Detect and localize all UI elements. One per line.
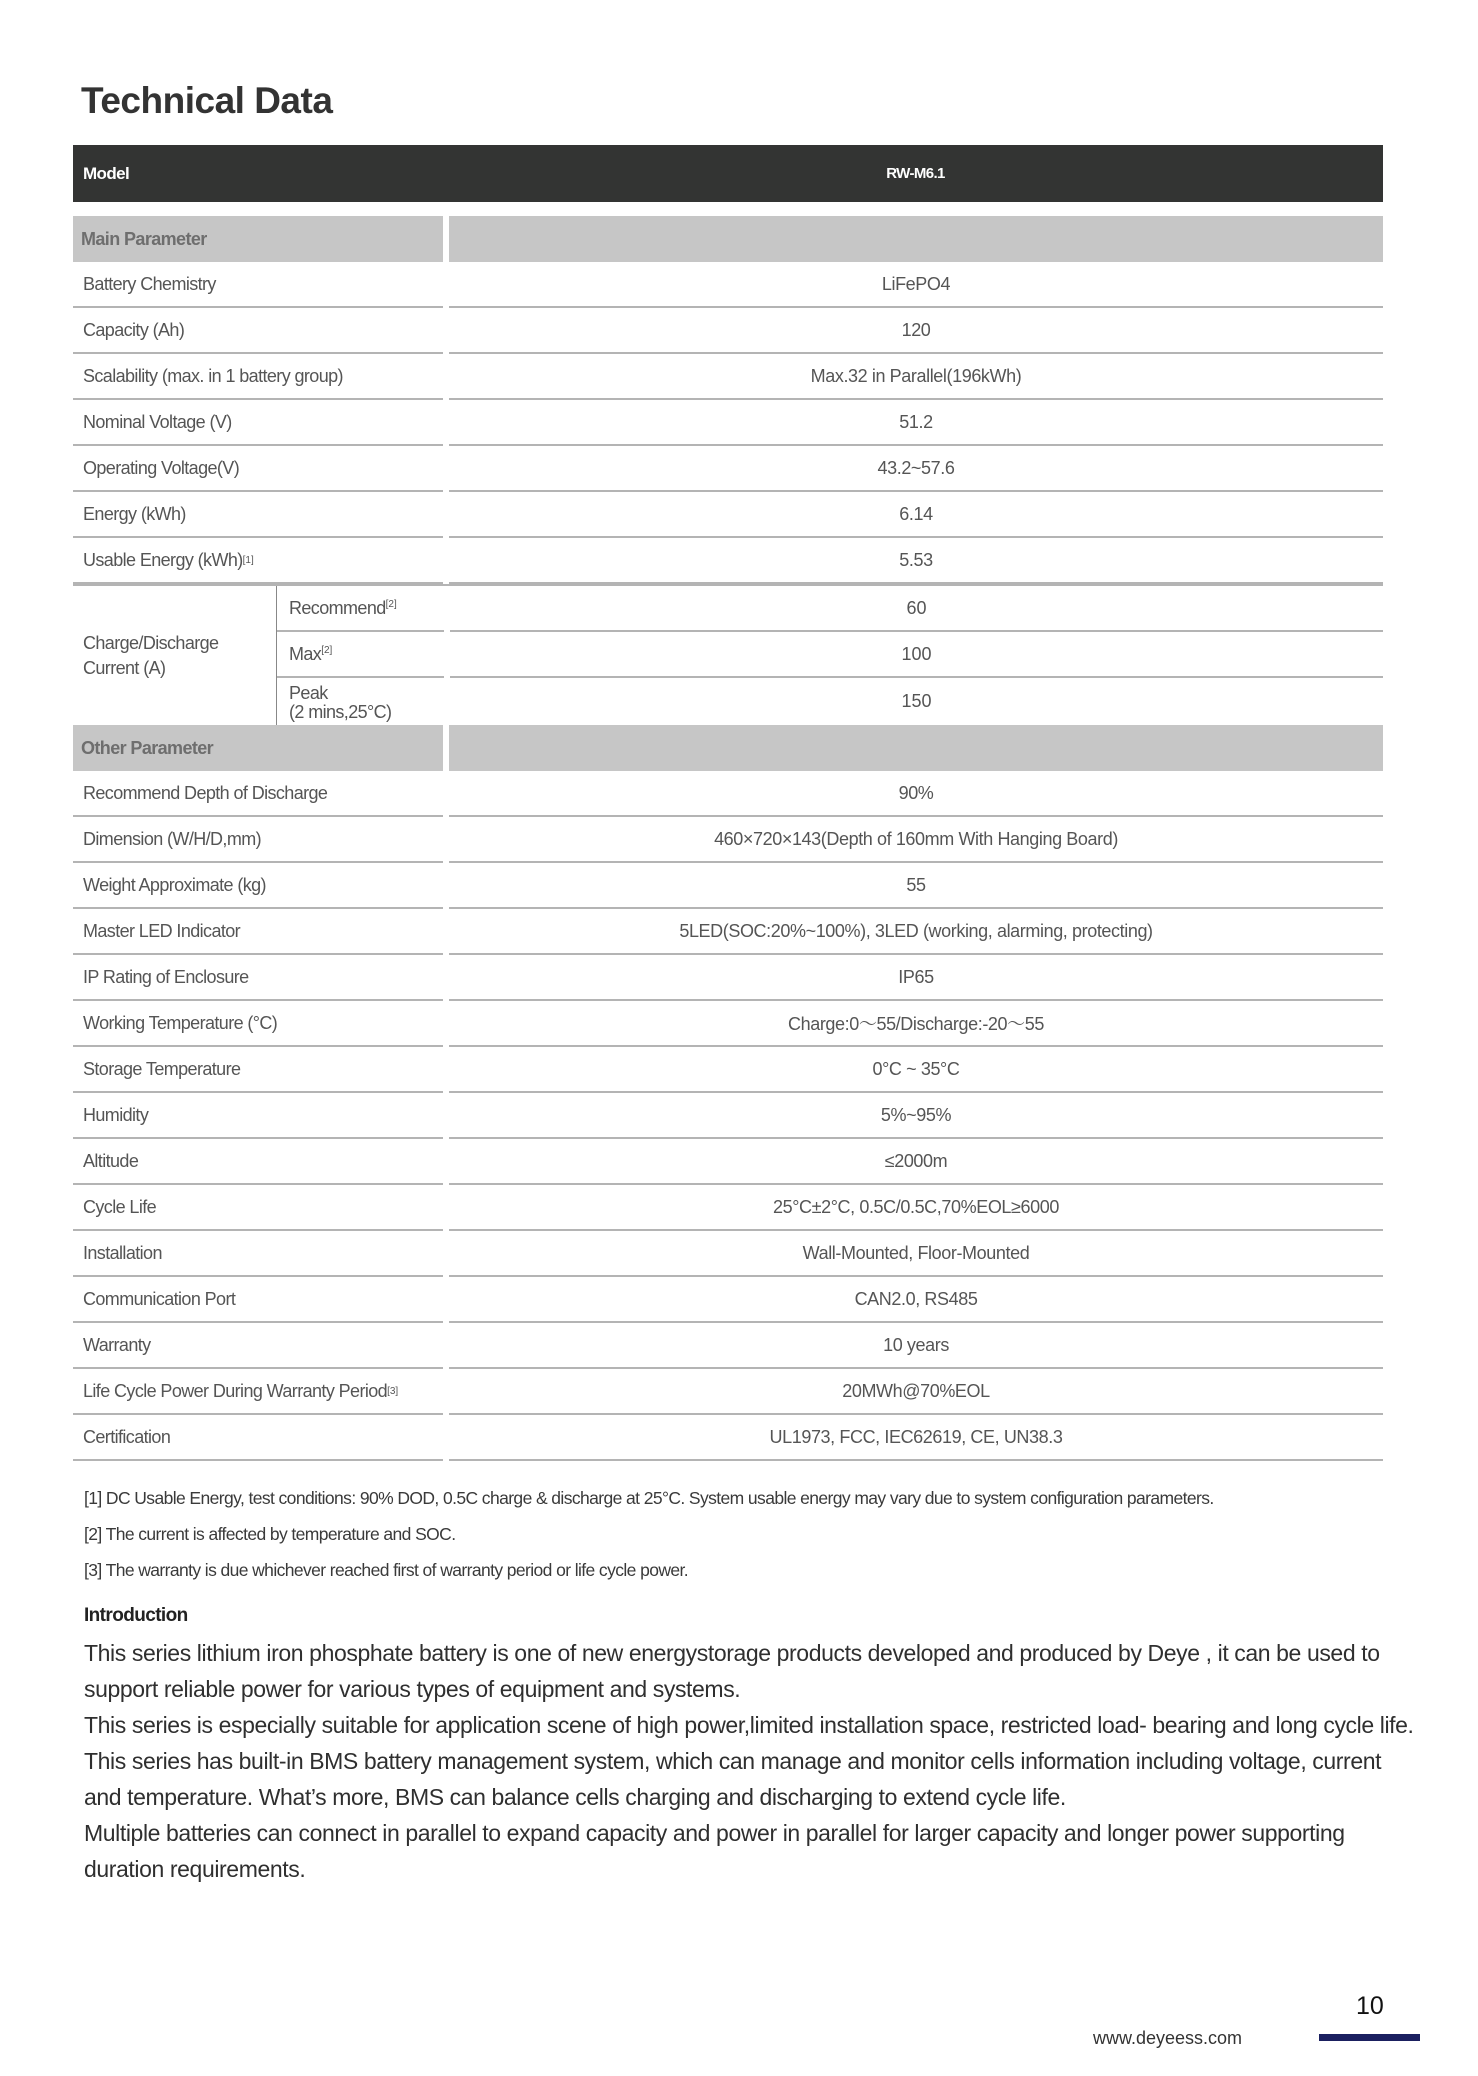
row-value: 43.2~57.6 bbox=[449, 446, 1383, 492]
row-label-text: Scalability (max. in 1 battery group) bbox=[83, 366, 343, 387]
intro-paragraph: This series has built-in BMS battery man… bbox=[84, 1743, 1414, 1815]
row-label-text: Battery Chemistry bbox=[83, 274, 216, 295]
row-label: Certification bbox=[73, 1415, 443, 1461]
row-value: UL1973, FCC, IEC62619, CE, UN38.3 bbox=[449, 1415, 1383, 1461]
row-value: 5LED(SOC:20%~100%), 3LED (working, alarm… bbox=[449, 909, 1383, 955]
row-label-text: Installation bbox=[83, 1243, 162, 1264]
footnote-ref: [3] bbox=[387, 1386, 398, 1397]
row-label: Life Cycle Power During Warranty Period[… bbox=[73, 1369, 443, 1415]
row-label: IP Rating of Enclosure bbox=[73, 955, 443, 1001]
footnote: [2] The current is affected by temperatu… bbox=[84, 1524, 1214, 1560]
table-row: Humidity5%~95% bbox=[73, 1093, 1383, 1139]
row-label: Operating Voltage(V) bbox=[73, 446, 443, 492]
row-label: Energy (kWh) bbox=[73, 492, 443, 538]
table-row: IP Rating of EnclosureIP65 bbox=[73, 955, 1383, 1001]
row-label: Communication Port bbox=[73, 1277, 443, 1323]
footnotes: [1] DC Usable Energy, test conditions: 9… bbox=[84, 1488, 1214, 1596]
page-number: 10 bbox=[1356, 1992, 1384, 2021]
row-label: Cycle Life bbox=[73, 1185, 443, 1231]
row-value: 20MWh@70%EOL bbox=[449, 1369, 1383, 1415]
row-value: 5%~95% bbox=[449, 1093, 1383, 1139]
charge-discharge-sub-label: Recommend[2] bbox=[277, 586, 444, 632]
technical-data-table: Model RW-M6.1 Main Parameter Battery Che… bbox=[73, 145, 1383, 1461]
intro-paragraph: This series lithium iron phosphate batte… bbox=[84, 1635, 1414, 1707]
row-label: Capacity (Ah) bbox=[73, 308, 443, 354]
row-label-text: Recommend Depth of Discharge bbox=[83, 783, 327, 804]
intro-paragraph: This series is especially suitable for a… bbox=[84, 1707, 1414, 1743]
footnote: [1] DC Usable Energy, test conditions: 9… bbox=[84, 1488, 1214, 1524]
table-row: Scalability (max. in 1 battery group)Max… bbox=[73, 354, 1383, 400]
charge-discharge-value: 60 bbox=[450, 586, 1383, 632]
row-label-text: Communication Port bbox=[83, 1289, 235, 1310]
row-label-text: Capacity (Ah) bbox=[83, 320, 184, 341]
table-row: Capacity (Ah)120 bbox=[73, 308, 1383, 354]
row-value: 10 years bbox=[449, 1323, 1383, 1369]
section-title: Main Parameter bbox=[73, 216, 443, 262]
row-label-text: Cycle Life bbox=[83, 1197, 156, 1218]
charge-discharge-value: 150 bbox=[450, 678, 1383, 724]
row-value: 25°C±2°C, 0.5C/0.5C,70%EOL≥6000 bbox=[449, 1185, 1383, 1231]
row-label: Master LED Indicator bbox=[73, 909, 443, 955]
introduction-section: Introduction This series lithium iron ph… bbox=[84, 1605, 1414, 1887]
model-value: RW-M6.1 bbox=[448, 165, 1383, 182]
charge-discharge-label: Charge/Discharge Current (A) bbox=[73, 586, 276, 725]
table-row: Altitude≤2000m bbox=[73, 1139, 1383, 1185]
table-row: Communication PortCAN2.0, RS485 bbox=[73, 1277, 1383, 1323]
row-label-text: Energy (kWh) bbox=[83, 504, 186, 525]
row-value: 120 bbox=[449, 308, 1383, 354]
row-label: Usable Energy (kWh)[1] bbox=[73, 538, 443, 584]
row-value: CAN2.0, RS485 bbox=[449, 1277, 1383, 1323]
row-label-text: IP Rating of Enclosure bbox=[83, 967, 249, 988]
row-label: Altitude bbox=[73, 1139, 443, 1185]
footnote-ref: [2] bbox=[386, 599, 397, 610]
website-link[interactable]: www.deyeess.com bbox=[1093, 2028, 1242, 2049]
row-label-text: Usable Energy (kWh) bbox=[83, 550, 243, 571]
main-parameter-rows: Battery ChemistryLiFePO4Capacity (Ah)120… bbox=[73, 262, 1383, 584]
row-value: IP65 bbox=[449, 955, 1383, 1001]
footnote-ref: [2] bbox=[321, 645, 332, 656]
row-value: ≤2000m bbox=[449, 1139, 1383, 1185]
table-row: Nominal Voltage (V)51.2 bbox=[73, 400, 1383, 446]
row-value: Max.32 in Parallel(196kWh) bbox=[449, 354, 1383, 400]
page-accent-bar bbox=[1319, 2034, 1420, 2041]
sub-label-text: Peak bbox=[289, 683, 328, 703]
row-value: 90% bbox=[449, 771, 1383, 817]
row-label: Dimension (W/H/D,mm) bbox=[73, 817, 443, 863]
table-row: Energy (kWh)6.14 bbox=[73, 492, 1383, 538]
table-row: Recommend Depth of Discharge90% bbox=[73, 771, 1383, 817]
row-label: Battery Chemistry bbox=[73, 262, 443, 308]
sub-label-text: Recommend bbox=[289, 598, 386, 618]
row-label-text: Storage Temperature bbox=[83, 1059, 240, 1080]
row-label: Nominal Voltage (V) bbox=[73, 400, 443, 446]
row-value: 0°C ~ 35°C bbox=[449, 1047, 1383, 1093]
row-label-text: Humidity bbox=[83, 1105, 148, 1126]
row-value: 55 bbox=[449, 863, 1383, 909]
footnote: [3] The warranty is due whichever reache… bbox=[84, 1560, 1214, 1596]
row-value: 51.2 bbox=[449, 400, 1383, 446]
table-row: Operating Voltage(V)43.2~57.6 bbox=[73, 446, 1383, 492]
charge-discharge-value: 100 bbox=[450, 632, 1383, 678]
table-row: Dimension (W/H/D,mm)460×720×143(Depth of… bbox=[73, 817, 1383, 863]
row-label-text: Weight Approximate (kg) bbox=[83, 875, 266, 896]
charge-discharge-current-block: Charge/Discharge Current (A) Recommend[2… bbox=[73, 584, 1383, 725]
row-value: LiFePO4 bbox=[449, 262, 1383, 308]
other-parameter-section: Other Parameter bbox=[73, 725, 1383, 771]
row-label-text: Life Cycle Power During Warranty Period bbox=[83, 1381, 387, 1402]
row-label: Installation bbox=[73, 1231, 443, 1277]
row-value: 6.14 bbox=[449, 492, 1383, 538]
sub-label-text: Max bbox=[289, 644, 321, 664]
row-label-text: Operating Voltage(V) bbox=[83, 458, 239, 479]
row-label: Working Temperature (°C) bbox=[73, 1001, 443, 1047]
intro-paragraph: Multiple batteries can connect in parall… bbox=[84, 1815, 1414, 1887]
row-label: Humidity bbox=[73, 1093, 443, 1139]
table-row: CertificationUL1973, FCC, IEC62619, CE, … bbox=[73, 1415, 1383, 1461]
table-row: Usable Energy (kWh)[1]5.53 bbox=[73, 538, 1383, 584]
charge-discharge-sub-label: Max[2] bbox=[277, 632, 444, 678]
page-title: Technical Data bbox=[81, 80, 332, 122]
row-label-text: Altitude bbox=[83, 1151, 138, 1172]
footnote-ref: [1] bbox=[243, 555, 254, 566]
table-row: Life Cycle Power During Warranty Period[… bbox=[73, 1369, 1383, 1415]
row-label: Recommend Depth of Discharge bbox=[73, 771, 443, 817]
table-row: Working Temperature (°C)Charge:0～55/Disc… bbox=[73, 1001, 1383, 1047]
row-label-text: Working Temperature (°C) bbox=[83, 1013, 277, 1034]
sub-label-condition: (2 mins,25°C) bbox=[289, 703, 391, 722]
table-row: InstallationWall-Mounted, Floor-Mounted bbox=[73, 1231, 1383, 1277]
table-row: Warranty10 years bbox=[73, 1323, 1383, 1369]
row-value: 460×720×143(Depth of 160mm With Hanging … bbox=[449, 817, 1383, 863]
row-label-text: Master LED Indicator bbox=[83, 921, 240, 942]
row-label: Storage Temperature bbox=[73, 1047, 443, 1093]
row-label: Warranty bbox=[73, 1323, 443, 1369]
row-label-text: Warranty bbox=[83, 1335, 151, 1356]
table-row: Cycle Life25°C±2°C, 0.5C/0.5C,70%EOL≥600… bbox=[73, 1185, 1383, 1231]
row-label-text: Dimension (W/H/D,mm) bbox=[83, 829, 261, 850]
row-label-text: Nominal Voltage (V) bbox=[83, 412, 232, 433]
other-parameter-rows: Recommend Depth of Discharge90%Dimension… bbox=[73, 771, 1383, 1461]
charge-discharge-sub-label: Peak(2 mins,25°C) bbox=[277, 678, 444, 724]
row-value: 5.53 bbox=[449, 538, 1383, 584]
model-header-row: Model RW-M6.1 bbox=[73, 145, 1383, 202]
section-title: Other Parameter bbox=[73, 725, 443, 771]
table-row: Battery ChemistryLiFePO4 bbox=[73, 262, 1383, 308]
table-row: Storage Temperature0°C ~ 35°C bbox=[73, 1047, 1383, 1093]
row-label: Weight Approximate (kg) bbox=[73, 863, 443, 909]
table-row: Master LED Indicator5LED(SOC:20%~100%), … bbox=[73, 909, 1383, 955]
row-value: Charge:0～55/Discharge:-20～55 bbox=[449, 1001, 1383, 1047]
model-label: Model bbox=[73, 164, 448, 184]
introduction-heading: Introduction bbox=[84, 1605, 1414, 1627]
row-value: Wall-Mounted, Floor-Mounted bbox=[449, 1231, 1383, 1277]
row-label-text: Certification bbox=[83, 1427, 170, 1448]
main-parameter-section: Main Parameter bbox=[73, 216, 1383, 262]
row-label: Scalability (max. in 1 battery group) bbox=[73, 354, 443, 400]
table-row: Weight Approximate (kg)55 bbox=[73, 863, 1383, 909]
